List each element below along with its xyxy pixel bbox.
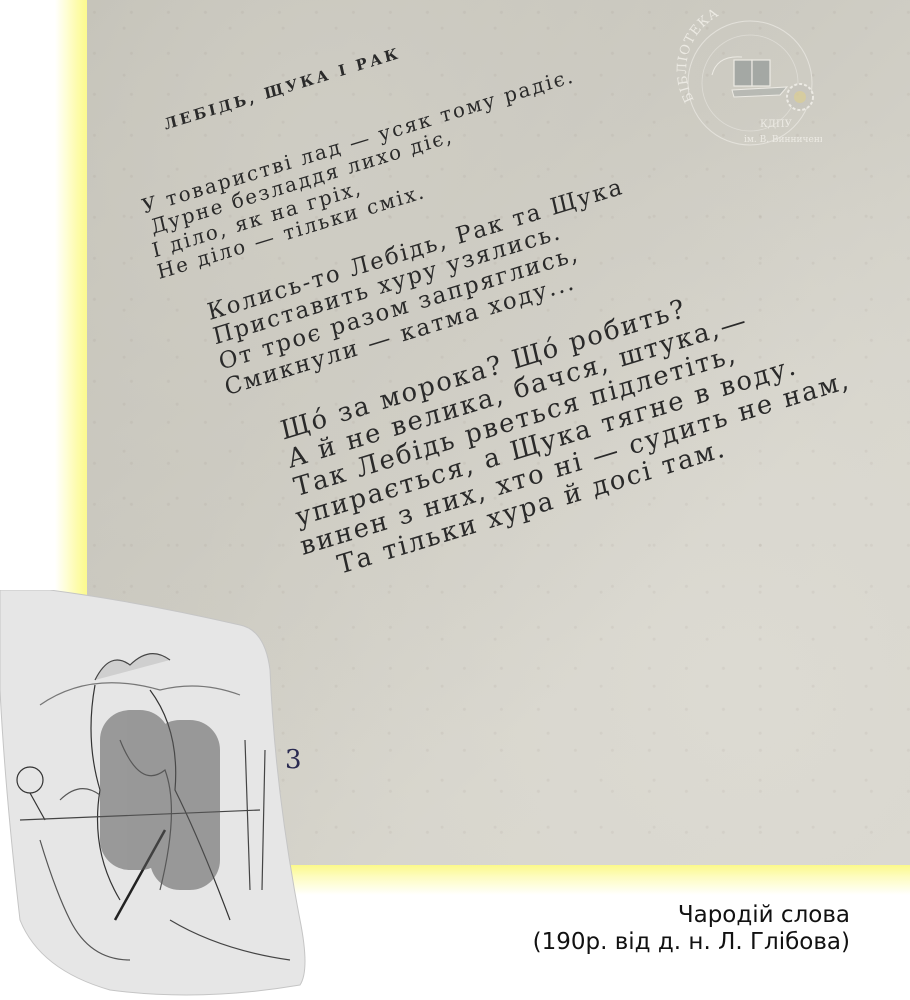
caption: Чародій слова (190р. від д. н. Л. Глібов…	[533, 902, 850, 956]
open-book-icon	[712, 57, 787, 97]
svg-text:БІБЛІОТЕКА: БІБЛІОТЕКА	[675, 5, 722, 104]
emblem-icon	[787, 84, 813, 110]
illustration-sheet	[0, 590, 315, 1000]
library-stamp-watermark: БІБЛІОТЕКА КДПУ ім. В. Винниченка	[672, 5, 822, 150]
stamp-line-2: ім. В. Винниченка	[744, 135, 822, 145]
caption-title: Чародій слова	[533, 902, 850, 929]
stamp-line-1: КДПУ	[760, 119, 793, 130]
caption-subtitle: (190р. від д. н. Л. Глібова)	[533, 929, 850, 956]
stamp-arc-text: БІБЛІОТЕКА	[675, 5, 722, 104]
